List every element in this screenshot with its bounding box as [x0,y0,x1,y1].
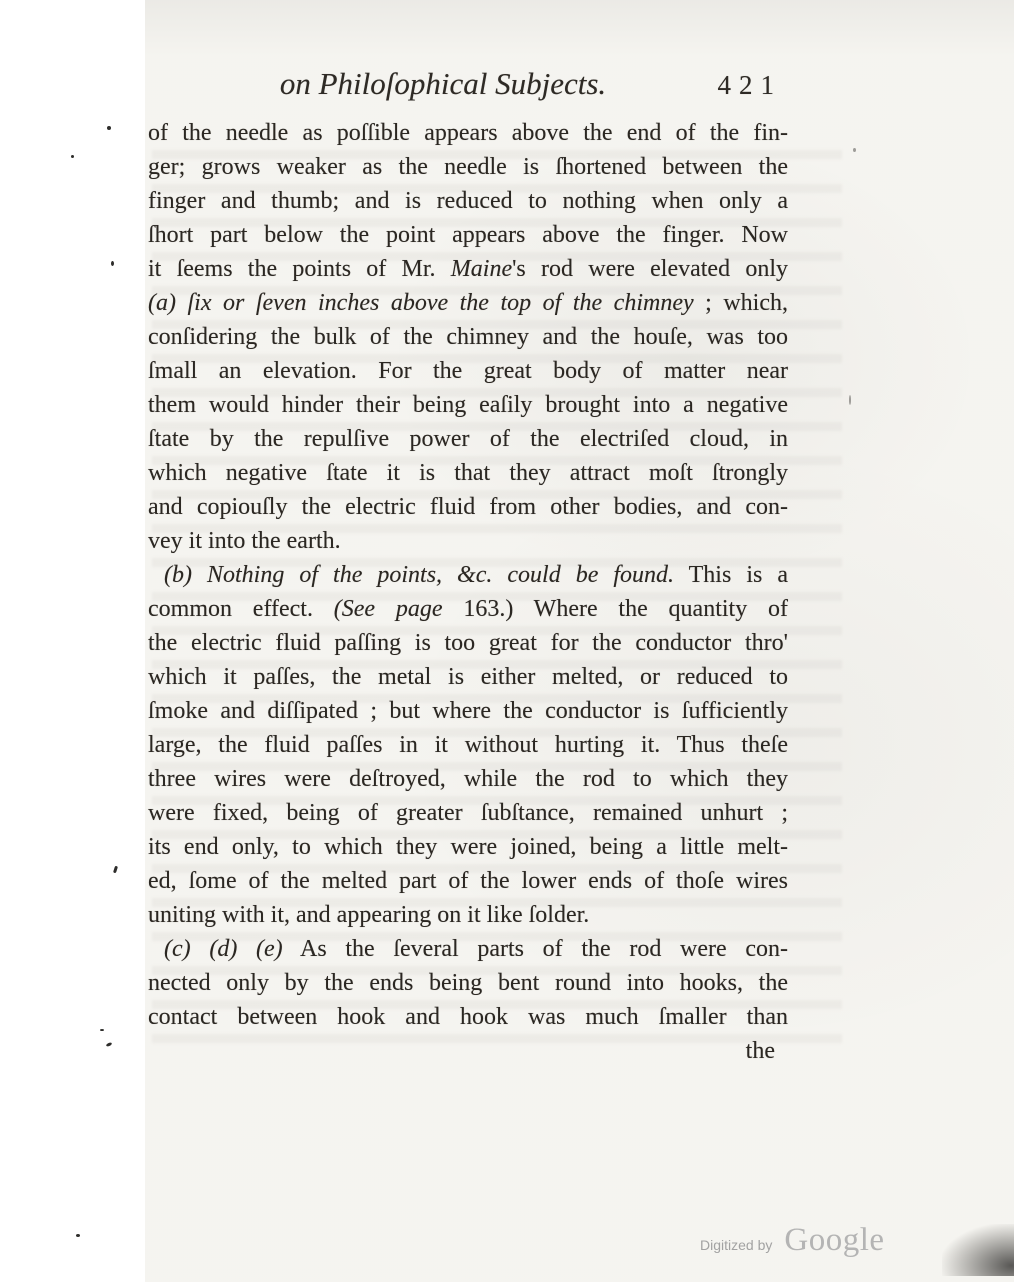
page-header: on Philoſophical Subjects. 421 [148,66,788,110]
text-line: ſhort part below the point appears above… [148,218,788,252]
scan-speck [106,1042,113,1047]
roman-text: conſidering the bulk of the chimney and … [148,324,788,350]
scan-speck [111,261,114,266]
roman-text: vey it into the earth. [148,528,341,554]
scan-speck [71,155,74,158]
text-line: ed, ſome of the melted part of the lower… [148,864,788,898]
text-line: uniting with it, and appearing on it lik… [148,898,788,932]
text-line: of the needle as poſſible appears above … [148,116,788,150]
roman-text: As the ſeveral parts of the rod were con… [283,936,788,962]
roman-text: the electric fluid paſſing is too great … [148,630,788,656]
scan-speck [849,395,851,405]
text-line: ſtate by the repulſive power of the elec… [148,422,788,456]
text-line: ger; grows weaker as the needle is ſhort… [148,150,788,184]
catchword: the [148,1038,775,1065]
roman-text: which it paſſes, the metal is either mel… [148,664,788,690]
roman-text: of the needle as poſſible appears above … [148,120,788,146]
roman-text: three wires were deſtroyed, while the ro… [148,766,788,792]
text-line: large, the fluid paſſes in it without hu… [148,728,788,762]
google-logo-text: Google [784,1222,884,1259]
italic-text: (b) Nothing of the points, &c. could be … [164,562,674,588]
scan-speck [853,148,856,152]
roman-text: it ſeems the points of Mr. [148,256,451,282]
scan-speck [107,126,111,130]
text-line: finger and thumb; and is reduced to noth… [148,184,788,218]
roman-text: 's rod were elevated only [512,256,788,282]
running-title: on Philoſophical Subjects. [148,66,738,102]
text-line: (b) Nothing of the points, &c. could be … [148,558,788,592]
text-line: which it paſſes, the metal is either mel… [148,660,788,694]
italic-text: (c) (d) (e) [164,936,283,962]
page-number: 421 [718,70,783,101]
page-curl-shadow [942,1224,1014,1276]
text-line: vey it into the earth. [148,524,788,558]
text-block: of the needle as poſſible appears above … [148,116,788,1034]
text-line: which negative ſtate it is that they att… [148,456,788,490]
roman-text: ſmall an elevation. For the great body o… [148,358,788,384]
roman-text: uniting with it, and appearing on it lik… [148,902,589,928]
text-line: the electric fluid paſſing is too great … [148,626,788,660]
roman-text: its end only, to which they were joined,… [148,834,788,860]
text-line: contact between hook and hook was much ſ… [148,1000,788,1034]
scan-speck [100,1029,104,1031]
roman-text: large, the fluid paſſes in it without hu… [148,732,788,758]
text-line: ſmoke and diſſipated ; but where the con… [148,694,788,728]
google-watermark: Digitized by Google [700,1222,885,1259]
roman-text: 163.) Where the quantity of [443,596,788,622]
text-line: common effect. (See page 163.) Where the… [148,592,788,626]
text-line: it ſeems the points of Mr. Maine's rod w… [148,252,788,286]
scan-speck [76,1234,80,1237]
text-line: its end only, to which they were joined,… [148,830,788,864]
digitized-by-label: Digitized by [700,1237,772,1253]
roman-text: nected only by the ends being bent round… [148,970,788,996]
roman-text: common effect. [148,596,334,622]
text-line: three wires were deſtroyed, while the ro… [148,762,788,796]
roman-text: ; which, [694,290,788,316]
text-line: conſidering the bulk of the chimney and … [148,320,788,354]
roman-text: ſmoke and diſſipated ; but where the con… [148,698,788,724]
roman-text: contact between hook and hook was much ſ… [148,1004,788,1030]
roman-text: ed, ſome of the melted part of the lower… [148,868,788,894]
roman-text: them would hinder their being eaſily bro… [148,392,788,418]
text-line: (a) ſix or ſeven inches above the top of… [148,286,788,320]
italic-text: Maine [451,256,512,282]
roman-text: which negative ſtate it is that they att… [148,460,788,486]
text-line: (c) (d) (e) As the ſeveral parts of the … [148,932,788,966]
text-line: ſmall an elevation. For the great body o… [148,354,788,388]
roman-text: finger and thumb; and is reduced to noth… [148,188,788,214]
roman-text: ſhort part below the point appears above… [148,222,788,248]
text-line: them would hinder their being eaſily bro… [148,388,788,422]
roman-text: ſtate by the repulſive power of the elec… [148,426,788,452]
roman-text: This is a [674,562,788,588]
italic-text: (See page [334,596,443,622]
text-line: and copiouſly the electric fluid from ot… [148,490,788,524]
text-line: were fixed, being of greater ſubſtance, … [148,796,788,830]
text-line: nected only by the ends being bent round… [148,966,788,1000]
roman-text: were fixed, being of greater ſubſtance, … [148,800,788,826]
scan-speck [113,866,118,874]
italic-text: (a) ſix or ſeven inches above the top of… [148,290,694,316]
roman-text: ger; grows weaker as the needle is ſhort… [148,154,788,180]
roman-text: and copiouſly the electric fluid from ot… [148,494,788,520]
